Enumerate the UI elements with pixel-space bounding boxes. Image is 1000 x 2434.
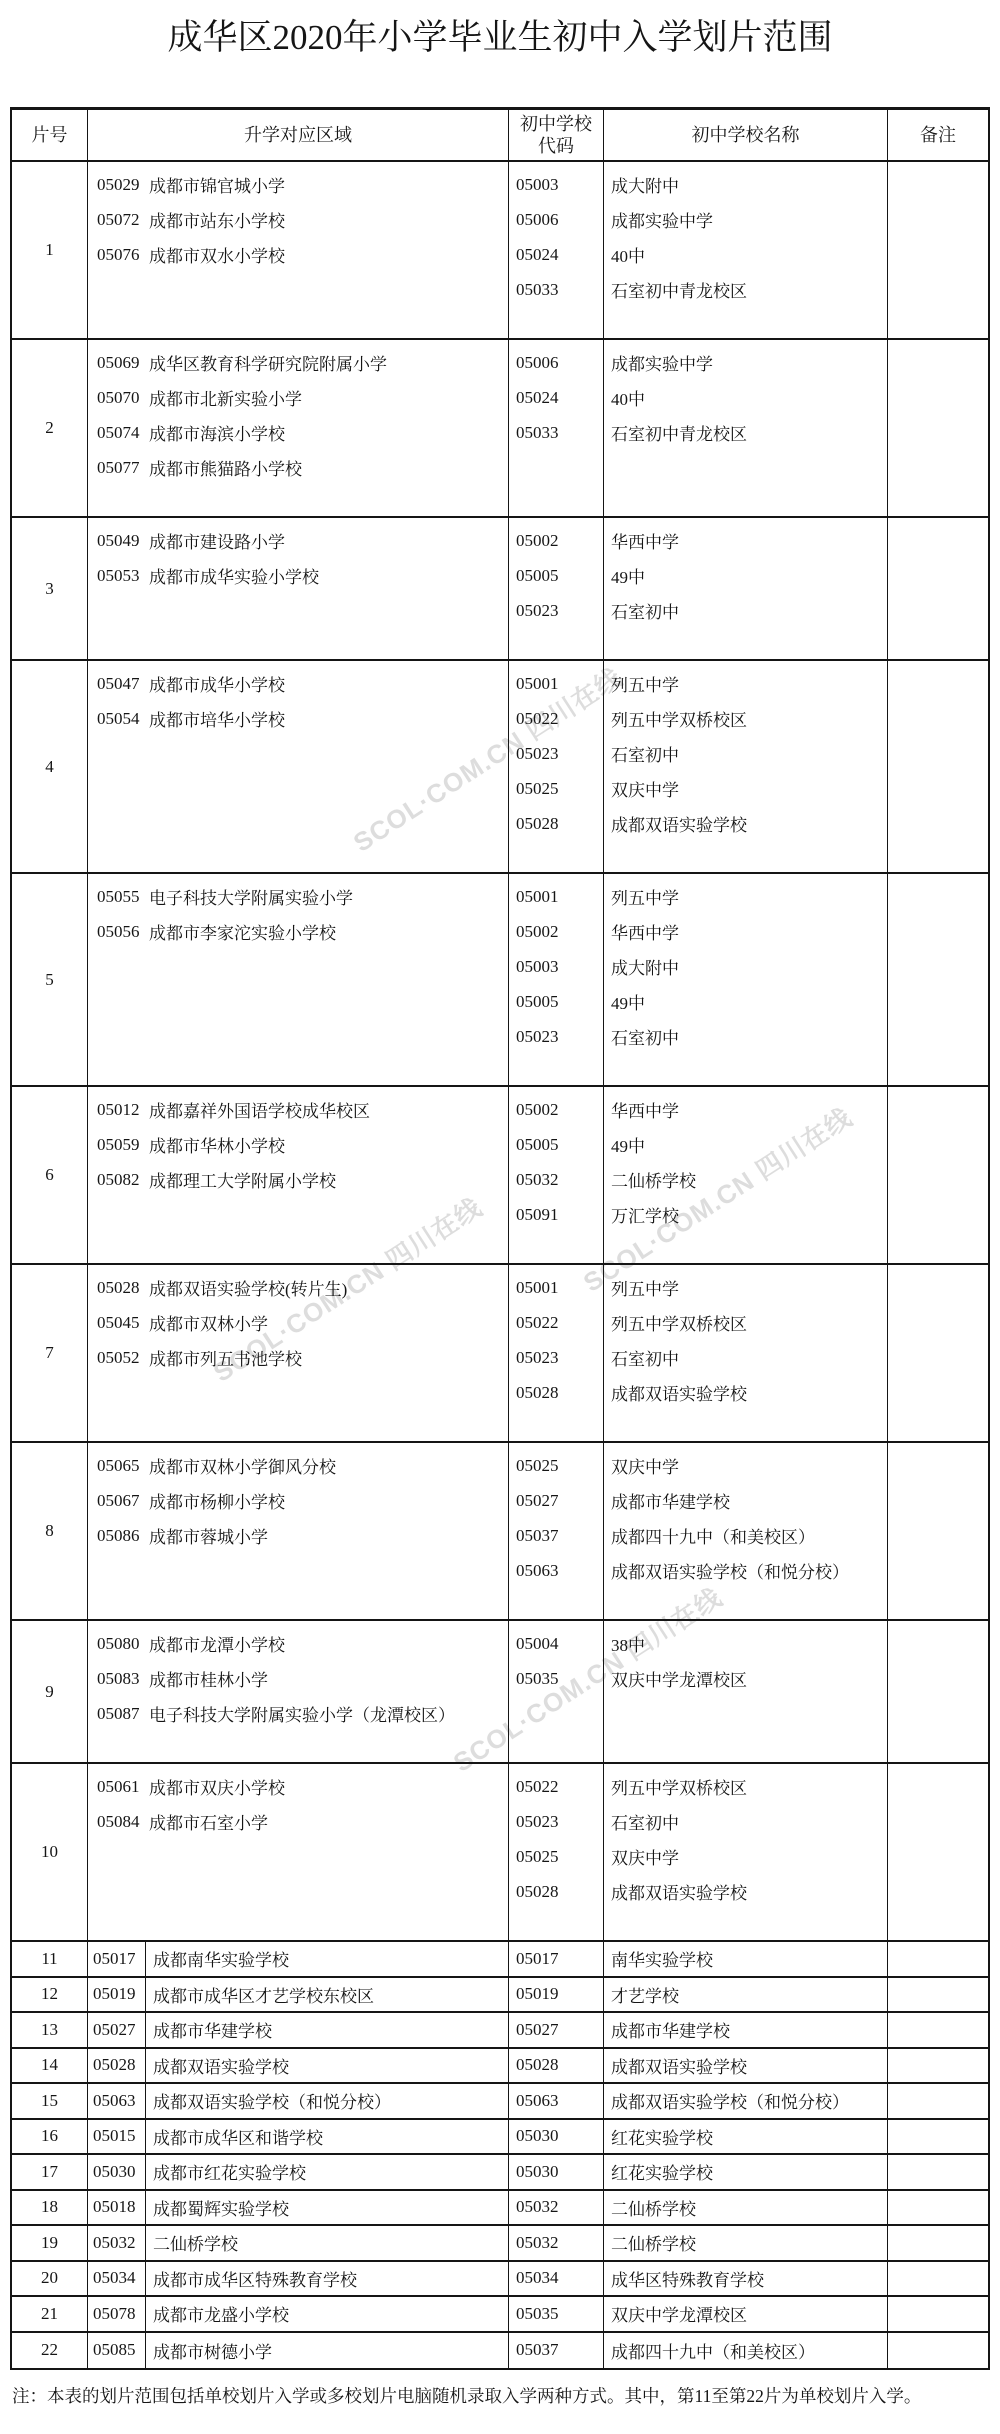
junior-school-code: 05037: [509, 1518, 603, 1553]
junior-names-cell: 列五中学华西中学成大附中49中石室初中: [604, 874, 888, 1085]
zone-number: 15: [12, 2084, 88, 2118]
remark-cell: [888, 518, 988, 659]
junior-names-cell: 成都实验中学40中石室初中青龙校区: [604, 340, 888, 516]
primary-school-item: 05053成都市成华实验小学校: [88, 558, 508, 593]
junior-school-name: 二仙桥学校: [604, 2191, 888, 2225]
junior-school-name: 双庆中学: [604, 771, 887, 806]
zone-number: 4: [45, 757, 54, 777]
zone-row: 605012成都嘉祥外国语学校成华校区05059成都市华林小学校05082成都理…: [12, 1087, 988, 1265]
junior-school-code: 05033: [509, 415, 603, 450]
zone-row: 1005061成都市双庆小学校05084成都市石室小学0502205023050…: [12, 1764, 988, 1942]
zone-row: 105029成都市锦官城小学05072成都市站东小学校05076成都市双水小学校…: [12, 162, 988, 340]
multi-zone-rows: 105029成都市锦官城小学05072成都市站东小学校05076成都市双水小学校…: [12, 162, 988, 1942]
primary-school-name: 成都市双林小学御风分校: [149, 1453, 336, 1478]
primary-schools-cell: 05069成华区教育科学研究院附属小学05070成都市北新实验小学05074成都…: [88, 340, 509, 516]
zone-row: 305049成都市建设路小学05053成都市成华实验小学校05002050050…: [12, 518, 988, 661]
primary-school-item: 05055电子科技大学附属实验小学: [88, 879, 508, 914]
zone-number-cell: 6: [12, 1087, 88, 1263]
primary-schools-cell: 05047成都市成华小学校05054成都市培华小学校: [88, 661, 509, 872]
junior-school-code: 05032: [509, 2191, 604, 2225]
zone-number-cell: 1: [12, 162, 88, 338]
primary-school-code: 05078: [88, 2297, 146, 2331]
primary-school-name: 成都市培华小学校: [149, 706, 285, 731]
remark-cell: [888, 1443, 988, 1619]
primary-school-code: 05076: [97, 245, 149, 265]
single-zone-row: 1705030成都市红花实验学校05030红花实验学校: [12, 2155, 988, 2191]
primary-schools-cell: 05055电子科技大学附属实验小学05056成都市李家沱实验小学校: [88, 874, 509, 1085]
primary-school-name: 成都市成华区才艺学校东校区: [146, 1978, 509, 2012]
junior-school-code: 05033: [509, 272, 603, 307]
zone-number: 3: [45, 579, 54, 599]
zone-number: 2: [45, 418, 54, 438]
junior-names-cell: 列五中学双桥校区石室初中双庆中学成都双语实验学校: [604, 1764, 888, 1940]
junior-school-name: 石室初中: [604, 1019, 887, 1054]
junior-school-code: 05034: [509, 2262, 604, 2296]
junior-codes-cell: 050020500505023: [509, 518, 604, 659]
primary-school-item: 05056成都市李家沱实验小学校: [88, 914, 508, 949]
junior-school-name: 成都双语实验学校: [604, 2049, 888, 2083]
primary-school-name: 成都市成华小学校: [149, 671, 285, 696]
junior-school-code: 05019: [509, 1978, 604, 2012]
junior-school-code: 05035: [509, 2297, 604, 2331]
junior-school-code: 05028: [509, 806, 603, 841]
single-zone-rows: 1105017成都南华实验学校05017南华实验学校1205019成都市成华区才…: [12, 1942, 988, 2368]
page-title: 成华区2020年小学毕业生初中入学划片范围: [0, 0, 1000, 60]
primary-schools-cell: 05029成都市锦官城小学05072成都市站东小学校05076成都市双水小学校: [88, 162, 509, 338]
zone-number: 6: [45, 1165, 54, 1185]
junior-school-name: 49中: [604, 558, 887, 593]
primary-school-item: 05059成都市华林小学校: [88, 1127, 508, 1162]
zone-number: 12: [12, 1978, 88, 2012]
junior-school-name: 列五中学双桥校区: [604, 1769, 887, 1804]
footnote: 注：本表的划片范围包括单校划片入学或多校划片电脑随机录取入学两种方式。其中，第1…: [12, 2382, 988, 2412]
junior-school-name: 40中: [604, 237, 887, 272]
junior-school-code: 05025: [509, 1839, 603, 1874]
zone-number: 11: [12, 1942, 88, 1976]
junior-school-name: 成都双语实验学校: [604, 806, 887, 841]
zoning-table: 片号 升学对应区域 初中学校代码 初中学校名称 备注 105029成都市锦官城小…: [10, 107, 990, 2370]
junior-school-code: 05001: [509, 879, 603, 914]
single-zone-row: 1405028成都双语实验学校05028成都双语实验学校: [12, 2049, 988, 2085]
primary-school-code: 05067: [97, 1491, 149, 1511]
junior-school-name: 双庆中学龙潭校区: [604, 1661, 887, 1696]
primary-school-item: 05054成都市培华小学校: [88, 701, 508, 736]
primary-school-item: 05074成都市海滨小学校: [88, 415, 508, 450]
primary-school-name: 成都市海滨小学校: [149, 420, 285, 445]
junior-school-code: 05025: [509, 1448, 603, 1483]
junior-school-name: 40中: [604, 380, 887, 415]
junior-school-name: 成华区特殊教育学校: [604, 2262, 888, 2296]
primary-school-code: 05084: [97, 1812, 149, 1832]
remark-cell: [888, 2049, 988, 2083]
junior-codes-cell: 0500105002050030500505023: [509, 874, 604, 1085]
primary-school-name: 成华区教育科学研究院附属小学: [149, 350, 387, 375]
junior-names-cell: 列五中学列五中学双桥校区石室初中双庆中学成都双语实验学校: [604, 661, 888, 872]
primary-school-name: 二仙桥学校: [146, 2226, 509, 2260]
primary-school-name: 成都市锦官城小学: [149, 172, 285, 197]
primary-school-name: 成都市双水小学校: [149, 242, 285, 267]
primary-school-item: 05029成都市锦官城小学: [88, 167, 508, 202]
zone-number: 17: [12, 2155, 88, 2189]
remark-cell: [888, 2191, 988, 2225]
primary-school-item: 05065成都市双林小学御风分校: [88, 1448, 508, 1483]
junior-school-code: 05022: [509, 701, 603, 736]
primary-school-code: 05077: [97, 458, 149, 478]
primary-school-name: 成都双语实验学校(转片生): [149, 1275, 347, 1300]
remark-cell: [888, 1087, 988, 1263]
junior-school-code: 05027: [509, 2013, 604, 2047]
junior-school-name: 38中: [604, 1626, 887, 1661]
remark-cell: [888, 2262, 988, 2296]
junior-school-name: 双庆中学: [604, 1839, 887, 1874]
junior-school-code: 05004: [509, 1626, 603, 1661]
junior-school-code: 05006: [509, 345, 603, 380]
header-primary-area: 升学对应区域: [88, 110, 509, 160]
junior-codes-cell: 05022050230502505028: [509, 1764, 604, 1940]
junior-school-name: 华西中学: [604, 914, 887, 949]
junior-school-name: 成大附中: [604, 949, 887, 984]
junior-school-code: 05032: [509, 2226, 604, 2260]
primary-school-code: 05054: [97, 709, 149, 729]
primary-school-name: 成都市建设路小学: [149, 528, 285, 553]
junior-school-code: 05035: [509, 1661, 603, 1696]
junior-school-code: 05063: [509, 1553, 603, 1588]
junior-codes-cell: 05002050050503205091: [509, 1087, 604, 1263]
single-zone-row: 1205019成都市成华区才艺学校东校区05019才艺学校: [12, 1978, 988, 2014]
junior-school-code: 05005: [509, 558, 603, 593]
primary-school-name: 成都双语实验学校: [146, 2049, 509, 2083]
junior-school-name: 红花实验学校: [604, 2120, 888, 2154]
junior-school-code: 05005: [509, 984, 603, 1019]
zone-number: 19: [12, 2226, 88, 2260]
primary-school-item: 05083成都市桂林小学: [88, 1661, 508, 1696]
primary-school-item: 05084成都市石室小学: [88, 1804, 508, 1839]
remark-cell: [888, 2297, 988, 2331]
header-junior-code: 初中学校代码: [509, 110, 604, 160]
single-zone-row: 2105078成都市龙盛小学校05035双庆中学龙潭校区: [12, 2297, 988, 2333]
header-junior-name: 初中学校名称: [604, 110, 888, 160]
junior-school-name: 列五中学: [604, 1270, 887, 1305]
primary-school-name: 成都市蓉城小学: [149, 1523, 268, 1548]
zone-number: 14: [12, 2049, 88, 2083]
junior-school-name: 石室初中: [604, 1804, 887, 1839]
primary-school-code: 05055: [97, 887, 149, 907]
junior-school-code: 05024: [509, 380, 603, 415]
zone-row: 805065成都市双林小学御风分校05067成都市杨柳小学校05086成都市蓉城…: [12, 1443, 988, 1621]
zone-number-cell: 7: [12, 1265, 88, 1441]
single-zone-row: 1805018成都蜀辉实验学校05032二仙桥学校: [12, 2191, 988, 2227]
document-page: SCOL·COM.CN 四川在线 SCOL·COM.CN 四川在线 SCOL·C…: [0, 0, 1000, 2434]
junior-school-name: 万汇学校: [604, 1197, 887, 1232]
zone-number-cell: 2: [12, 340, 88, 516]
junior-school-name: 成都双语实验学校（和悦分校）: [604, 2084, 888, 2118]
remark-cell: [888, 1764, 988, 1940]
zone-number: 21: [12, 2297, 88, 2331]
junior-school-name: 石室初中: [604, 1340, 887, 1375]
primary-school-code: 05017: [88, 1942, 146, 1976]
primary-school-name: 成都市龙盛小学校: [146, 2297, 509, 2331]
primary-schools-cell: 05080成都市龙潭小学校05083成都市桂林小学05087电子科技大学附属实验…: [88, 1621, 509, 1762]
primary-school-item: 05012成都嘉祥外国语学校成华校区: [88, 1092, 508, 1127]
single-zone-row: 1605015成都市成华区和谐学校05030红花实验学校: [12, 2120, 988, 2156]
primary-school-code: 05086: [97, 1526, 149, 1546]
primary-school-name: 成都市红花实验学校: [146, 2155, 509, 2189]
primary-school-item: 05067成都市杨柳小学校: [88, 1483, 508, 1518]
zone-number: 1: [45, 240, 54, 260]
zone-number: 10: [41, 1842, 58, 1862]
primary-school-code: 05074: [97, 423, 149, 443]
junior-names-cell: 华西中学49中石室初中: [604, 518, 888, 659]
primary-school-item: 05080成都市龙潭小学校: [88, 1626, 508, 1661]
zone-number-cell: 10: [12, 1764, 88, 1940]
primary-school-name: 成都市成华实验小学校: [149, 563, 319, 588]
remark-cell: [888, 162, 988, 338]
primary-school-code: 05069: [97, 353, 149, 373]
zone-number: 9: [45, 1682, 54, 1702]
junior-school-name: 列五中学: [604, 666, 887, 701]
zone-row: 405047成都市成华小学校05054成都市培华小学校0500105022050…: [12, 661, 988, 874]
primary-school-name: 成都市石室小学: [149, 1809, 268, 1834]
junior-names-cell: 华西中学49中二仙桥学校万汇学校: [604, 1087, 888, 1263]
junior-school-code: 05030: [509, 2120, 604, 2154]
primary-school-name: 成都市双林小学: [149, 1310, 268, 1335]
remark-cell: [888, 2120, 988, 2154]
junior-school-code: 05023: [509, 736, 603, 771]
primary-school-name: 成都市成华区特殊教育学校: [146, 2262, 509, 2296]
primary-school-name: 成都市站东小学校: [149, 207, 285, 232]
primary-school-item: 05087电子科技大学附属实验小学（龙潭校区）: [88, 1696, 508, 1731]
primary-school-code: 05032: [88, 2226, 146, 2260]
remark-cell: [888, 874, 988, 1085]
primary-school-name: 成都市双庆小学校: [149, 1774, 285, 1799]
primary-school-item: 05072成都市站东小学校: [88, 202, 508, 237]
primary-school-code: 05053: [97, 566, 149, 586]
primary-school-name: 成都市杨柳小学校: [149, 1488, 285, 1513]
junior-school-name: 成都四十九中（和美校区）: [604, 2333, 888, 2369]
junior-school-name: 49中: [604, 1127, 887, 1162]
primary-schools-cell: 05028成都双语实验学校(转片生)05045成都市双林小学05052成都市列五…: [88, 1265, 509, 1441]
primary-school-code: 05028: [88, 2049, 146, 2083]
primary-school-item: 05082成都理工大学附属小学校: [88, 1162, 508, 1197]
primary-school-name: 成都市列五书池学校: [149, 1345, 302, 1370]
junior-codes-cell: 0500405035: [509, 1621, 604, 1762]
primary-schools-cell: 05061成都市双庆小学校05084成都市石室小学: [88, 1764, 509, 1940]
primary-school-name: 成都市树德小学: [146, 2333, 509, 2369]
primary-school-code: 05065: [97, 1456, 149, 1476]
primary-school-name: 成都双语实验学校（和悦分校）: [146, 2084, 509, 2118]
zone-number: 22: [12, 2333, 88, 2369]
primary-school-code: 05083: [97, 1669, 149, 1689]
primary-school-name: 成都市华林小学校: [149, 1132, 285, 1157]
primary-school-code: 05018: [88, 2191, 146, 2225]
zone-number: 20: [12, 2262, 88, 2296]
primary-school-item: 05070成都市北新实验小学: [88, 380, 508, 415]
junior-school-code: 05030: [509, 2155, 604, 2189]
primary-school-name: 成都市龙潭小学校: [149, 1631, 285, 1656]
primary-school-name: 成都嘉祥外国语学校成华校区: [149, 1097, 370, 1122]
junior-names-cell: 双庆中学成都市华建学校成都四十九中（和美校区）成都双语实验学校（和悦分校）: [604, 1443, 888, 1619]
junior-codes-cell: 0500105022050230502505028: [509, 661, 604, 872]
primary-schools-cell: 05012成都嘉祥外国语学校成华校区05059成都市华林小学校05082成都理工…: [88, 1087, 509, 1263]
single-zone-row: 1505063成都双语实验学校（和悦分校）05063成都双语实验学校（和悦分校）: [12, 2084, 988, 2120]
junior-school-name: 二仙桥学校: [604, 2226, 888, 2260]
junior-school-code: 05023: [509, 1019, 603, 1054]
primary-school-code: 05085: [88, 2333, 146, 2369]
primary-school-name: 电子科技大学附属实验小学: [149, 884, 353, 909]
junior-school-name: 双庆中学: [604, 1448, 887, 1483]
junior-school-name: 华西中学: [604, 523, 887, 558]
zone-row: 505055电子科技大学附属实验小学05056成都市李家沱实验小学校050010…: [12, 874, 988, 1087]
single-zone-row: 2005034成都市成华区特殊教育学校05034成华区特殊教育学校: [12, 2262, 988, 2298]
junior-codes-cell: 05025050270503705063: [509, 1443, 604, 1619]
junior-school-name: 成都四十九中（和美校区）: [604, 1518, 887, 1553]
junior-school-code: 05017: [509, 1942, 604, 1976]
junior-school-name: 列五中学双桥校区: [604, 701, 887, 736]
junior-school-name: 成都市华建学校: [604, 2013, 888, 2047]
primary-school-code: 05029: [97, 175, 149, 195]
junior-school-code: 05002: [509, 1092, 603, 1127]
primary-school-code: 05049: [97, 531, 149, 551]
junior-school-name: 石室初中: [604, 593, 887, 628]
primary-school-item: 05077成都市熊猫路小学校: [88, 450, 508, 485]
primary-school-code: 05061: [97, 1777, 149, 1797]
junior-school-name: 成都市华建学校: [604, 1483, 887, 1518]
junior-codes-cell: 05001050220502305028: [509, 1265, 604, 1441]
primary-school-code: 05015: [88, 2120, 146, 2154]
junior-school-name: 49中: [604, 984, 887, 1019]
junior-school-name: 列五中学双桥校区: [604, 1305, 887, 1340]
junior-school-code: 05028: [509, 1375, 603, 1410]
junior-school-code: 05005: [509, 1127, 603, 1162]
remark-cell: [888, 661, 988, 872]
junior-school-name: 石室初中青龙校区: [604, 272, 887, 307]
primary-school-code: 05045: [97, 1313, 149, 1333]
zone-number-cell: 8: [12, 1443, 88, 1619]
junior-school-name: 成都双语实验学校: [604, 1874, 887, 1909]
junior-school-code: 05001: [509, 666, 603, 701]
junior-school-name: 列五中学: [604, 879, 887, 914]
junior-school-name: 成都实验中学: [604, 202, 887, 237]
primary-school-name: 成都理工大学附属小学校: [149, 1167, 336, 1192]
header-remark: 备注: [888, 110, 988, 160]
primary-school-code: 05056: [97, 922, 149, 942]
junior-school-code: 05022: [509, 1305, 603, 1340]
primary-school-code: 05012: [97, 1100, 149, 1120]
primary-school-item: 05069成华区教育科学研究院附属小学: [88, 345, 508, 380]
primary-school-code: 05027: [88, 2013, 146, 2047]
junior-school-name: 石室初中青龙校区: [604, 415, 887, 450]
junior-names-cell: 列五中学列五中学双桥校区石室初中成都双语实验学校: [604, 1265, 888, 1441]
zone-row: 905080成都市龙潭小学校05083成都市桂林小学05087电子科技大学附属实…: [12, 1621, 988, 1764]
remark-cell: [888, 2013, 988, 2047]
junior-school-name: 成都实验中学: [604, 345, 887, 380]
junior-school-name: 成都双语实验学校: [604, 1375, 887, 1410]
zone-number: 5: [45, 970, 54, 990]
remark-cell: [888, 1978, 988, 2012]
zone-number: 13: [12, 2013, 88, 2047]
primary-school-name: 成都市成华区和谐学校: [146, 2120, 509, 2154]
junior-school-code: 05032: [509, 1162, 603, 1197]
zone-number-cell: 5: [12, 874, 88, 1085]
junior-school-code: 05027: [509, 1483, 603, 1518]
primary-schools-cell: 05065成都市双林小学御风分校05067成都市杨柳小学校05086成都市蓉城小…: [88, 1443, 509, 1619]
primary-school-code: 05019: [88, 1978, 146, 2012]
primary-school-code: 05082: [97, 1170, 149, 1190]
primary-school-code: 05080: [97, 1634, 149, 1654]
primary-school-name: 成都市李家沱实验小学校: [149, 919, 336, 944]
junior-codes-cell: 05003050060502405033: [509, 162, 604, 338]
single-zone-row: 1905032二仙桥学校05032二仙桥学校: [12, 2226, 988, 2262]
junior-school-name: 红花实验学校: [604, 2155, 888, 2189]
primary-school-name: 成都市华建学校: [146, 2013, 509, 2047]
junior-school-name: 南华实验学校: [604, 1942, 888, 1976]
single-zone-row: 1105017成都南华实验学校05017南华实验学校: [12, 1942, 988, 1978]
primary-school-code: 05063: [88, 2084, 146, 2118]
remark-cell: [888, 2226, 988, 2260]
primary-school-item: 05052成都市列五书池学校: [88, 1340, 508, 1375]
primary-school-name: 成都市桂林小学: [149, 1666, 268, 1691]
junior-school-name: 才艺学校: [604, 1978, 888, 2012]
primary-school-name: 成都南华实验学校: [146, 1942, 509, 1976]
primary-school-item: 05086成都市蓉城小学: [88, 1518, 508, 1553]
table-header-row: 片号 升学对应区域 初中学校代码 初中学校名称 备注: [12, 110, 988, 162]
primary-schools-cell: 05049成都市建设路小学05053成都市成华实验小学校: [88, 518, 509, 659]
junior-school-name: 华西中学: [604, 1092, 887, 1127]
remark-cell: [888, 340, 988, 516]
junior-school-code: 05028: [509, 2049, 604, 2083]
zone-number: 18: [12, 2191, 88, 2225]
junior-school-code: 05002: [509, 914, 603, 949]
primary-school-item: 05028成都双语实验学校(转片生): [88, 1270, 508, 1305]
junior-school-code: 05091: [509, 1197, 603, 1232]
zone-number: 16: [12, 2120, 88, 2154]
junior-school-code: 05001: [509, 1270, 603, 1305]
junior-school-code: 05037: [509, 2333, 604, 2369]
junior-school-code: 05028: [509, 1874, 603, 1909]
zone-row: 705028成都双语实验学校(转片生)05045成都市双林小学05052成都市列…: [12, 1265, 988, 1443]
junior-school-code: 05025: [509, 771, 603, 806]
junior-school-code: 05063: [509, 2084, 604, 2118]
primary-school-item: 05076成都市双水小学校: [88, 237, 508, 272]
zone-number: 7: [45, 1343, 54, 1363]
junior-codes-cell: 050060502405033: [509, 340, 604, 516]
primary-school-name: 成都市北新实验小学: [149, 385, 302, 410]
primary-school-code: 05059: [97, 1135, 149, 1155]
zone-number: 8: [45, 1521, 54, 1541]
primary-school-code: 05052: [97, 1348, 149, 1368]
remark-cell: [888, 2333, 988, 2369]
remark-cell: [888, 2155, 988, 2189]
primary-school-name: 成都市熊猫路小学校: [149, 455, 302, 480]
remark-cell: [888, 2084, 988, 2118]
remark-cell: [888, 1265, 988, 1441]
primary-school-item: 05061成都市双庆小学校: [88, 1769, 508, 1804]
junior-school-name: 石室初中: [604, 736, 887, 771]
junior-school-code: 05023: [509, 1340, 603, 1375]
zone-number-cell: 9: [12, 1621, 88, 1762]
junior-names-cell: 38中双庆中学龙潭校区: [604, 1621, 888, 1762]
primary-school-item: 05045成都市双林小学: [88, 1305, 508, 1340]
primary-school-code: 05047: [97, 674, 149, 694]
zone-number-cell: 3: [12, 518, 88, 659]
primary-school-item: 05049成都市建设路小学: [88, 523, 508, 558]
header-zone-number: 片号: [12, 110, 88, 160]
primary-school-code: 05087: [97, 1704, 149, 1724]
junior-school-name: 成都双语实验学校（和悦分校）: [604, 1553, 887, 1588]
zone-row: 205069成华区教育科学研究院附属小学05070成都市北新实验小学05074成…: [12, 340, 988, 518]
junior-school-name: 双庆中学龙潭校区: [604, 2297, 888, 2331]
junior-school-code: 05003: [509, 949, 603, 984]
